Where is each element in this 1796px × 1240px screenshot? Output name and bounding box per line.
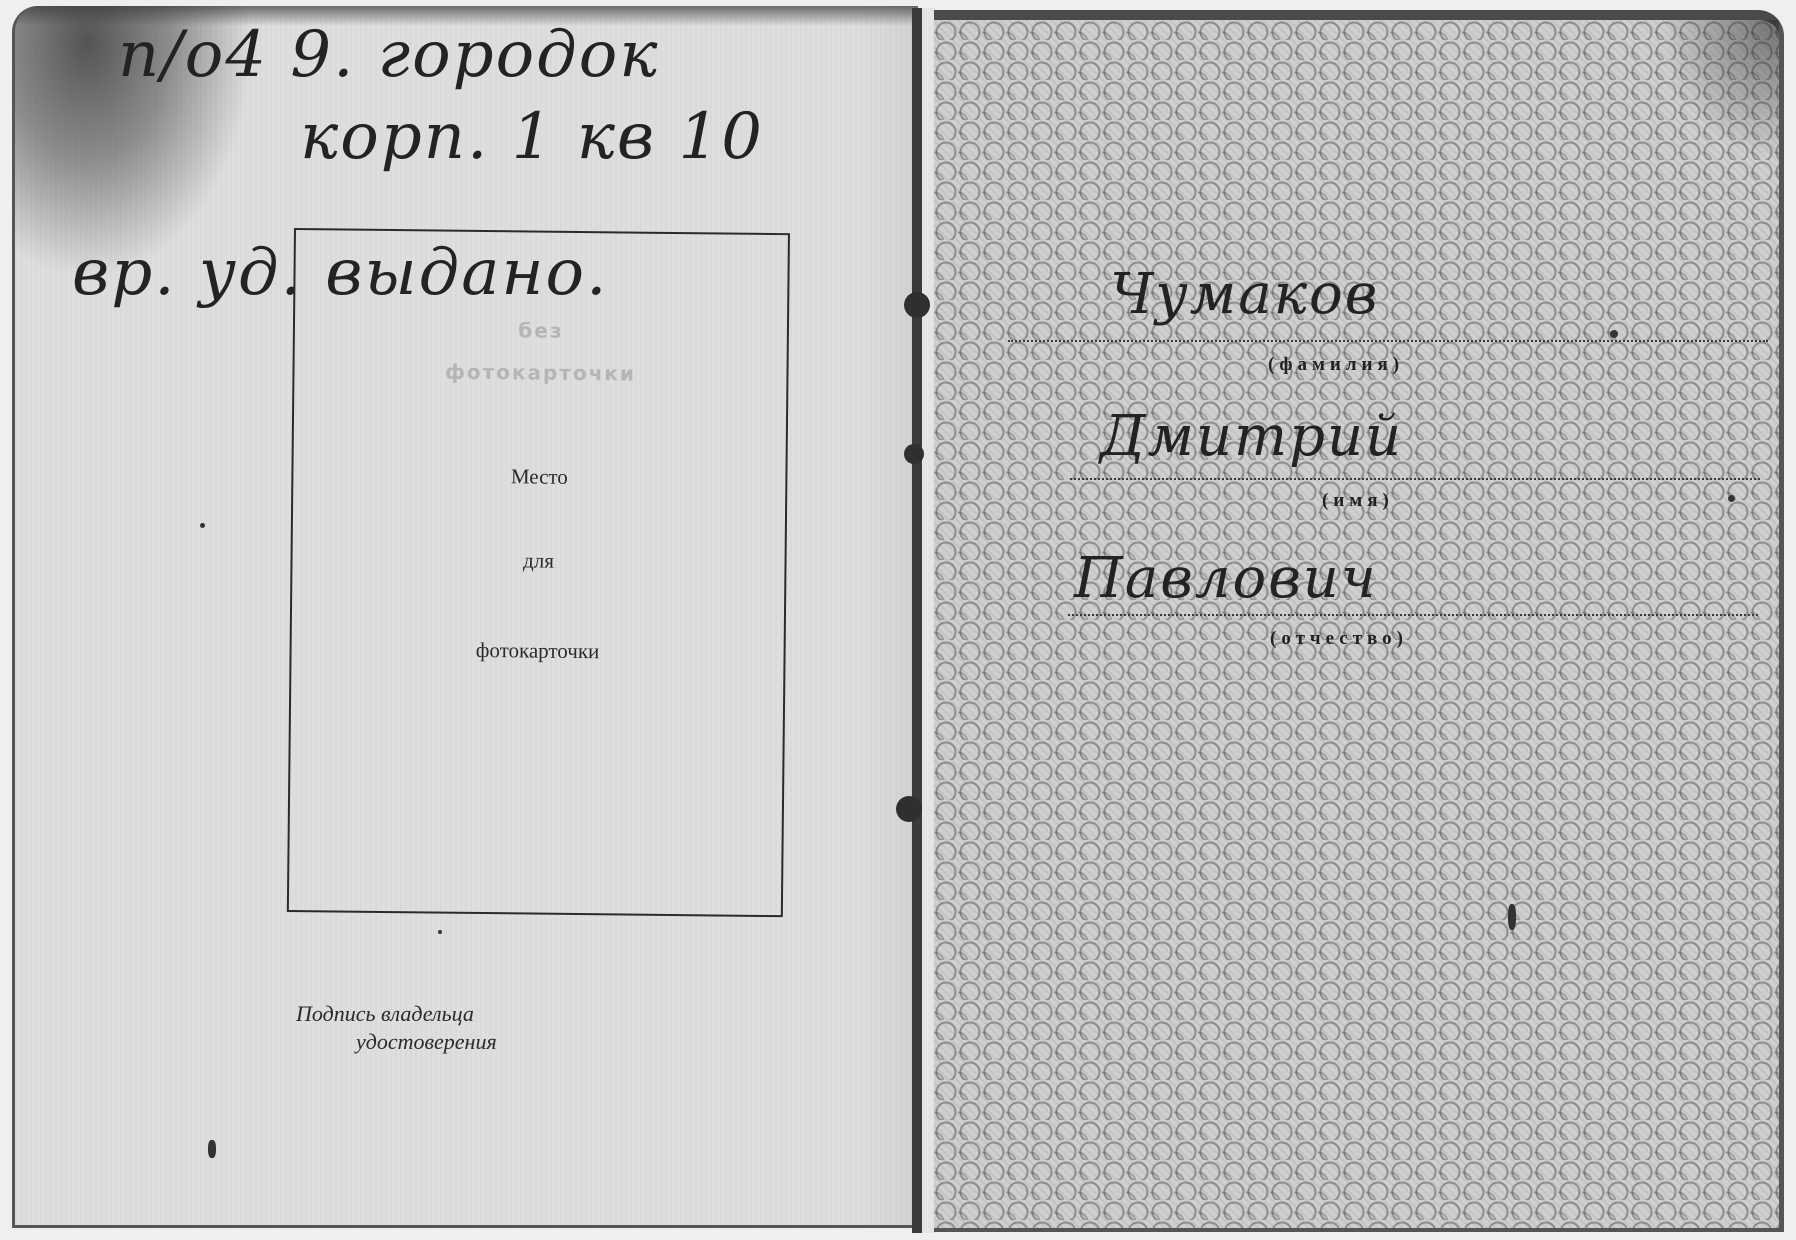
ink-speck: [1610, 330, 1618, 338]
faded-stamp-line1: без: [295, 316, 787, 345]
document-scan: п/о4 9. городок корп. 1 кв 10 вр. уд. вы…: [0, 0, 1796, 1240]
ink-blot: [208, 1140, 216, 1158]
staple-top: [904, 292, 930, 318]
staple-middle: [904, 444, 924, 464]
photo-caption-line3: фотокарточки: [291, 636, 783, 666]
surname-label: (фамилия): [1268, 354, 1404, 376]
photo-caption-line2: для: [292, 546, 784, 576]
ink-speck: [1728, 495, 1735, 502]
signature-caption-line1: Подпись владельца: [296, 1000, 474, 1028]
ink-speck: [200, 523, 205, 528]
right-page: [934, 10, 1784, 1232]
ink-speck: [438, 930, 442, 934]
photo-caption-line1: Место: [293, 462, 785, 492]
staple-bottom: [896, 796, 922, 822]
surname-value: Чумаков: [1110, 262, 1379, 327]
patronymic-label: (отчество): [1270, 628, 1408, 650]
patronymic-dotted-line: [1068, 614, 1758, 616]
given-name-label: (имя): [1322, 490, 1394, 512]
ink-blot: [1508, 904, 1516, 930]
given-name-dotted-line: [1070, 478, 1760, 480]
faded-stamp-line2: фотокарточки: [294, 358, 786, 387]
signature-caption-line2: удостоверения: [356, 1028, 497, 1056]
surname-dotted-line: [1008, 340, 1768, 342]
photo-placeholder-box: без фотокарточки Место для фотокарточки: [287, 228, 790, 917]
handwritten-address-line1: п/о4 9. городок: [118, 18, 659, 92]
given-name-value: Дмитрий: [1100, 404, 1403, 469]
handwritten-address-line2: корп. 1 кв 10: [300, 100, 764, 174]
patronymic-value: Павлович: [1074, 546, 1378, 611]
binding-spine: [912, 8, 922, 1233]
